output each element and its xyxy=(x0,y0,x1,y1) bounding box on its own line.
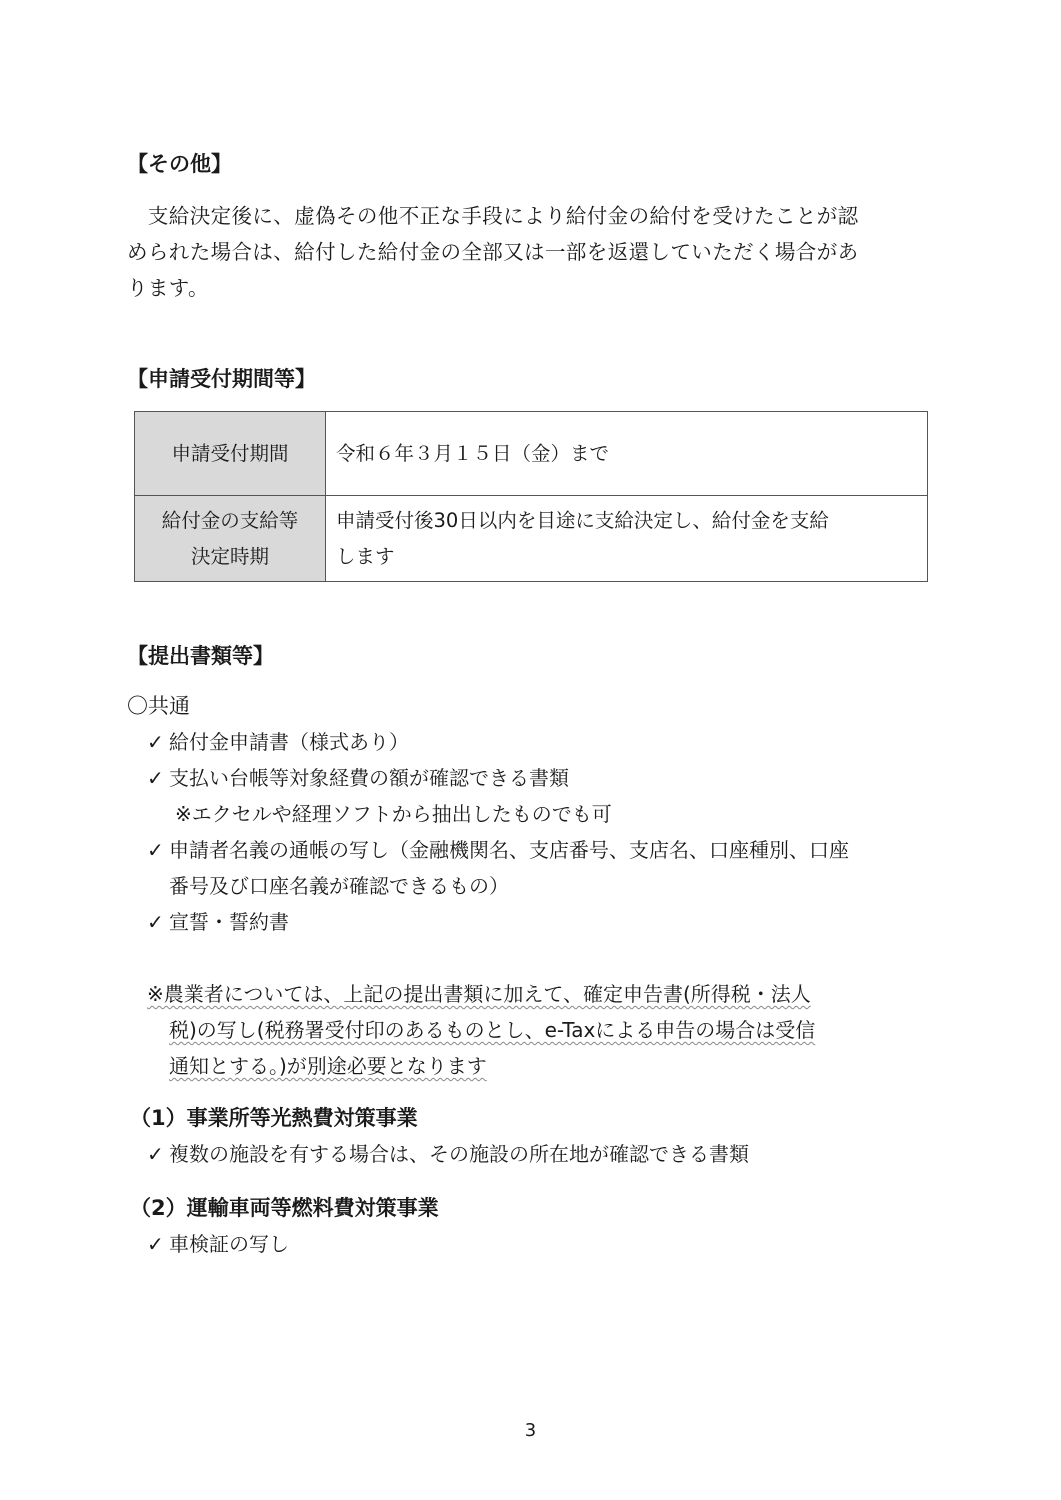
item-text: 給付金申請書（様式あり） xyxy=(169,730,409,754)
check-icon: ✓ xyxy=(147,832,169,868)
value-text: 申請受付後30日以内を目途に支給決定し、給付金を支給 xyxy=(336,503,926,539)
item-text: 宣誓・誓約書 xyxy=(169,910,289,934)
check-icon: ✓ xyxy=(147,1136,169,1172)
section-heading-other: 【その他】 xyxy=(127,148,232,178)
list-item: ✓給付金申請書（様式あり） xyxy=(147,724,409,760)
check-icon: ✓ xyxy=(147,724,169,760)
table-row: 申請受付期間 令和６年３月１５日（金）まで xyxy=(135,412,928,496)
item-text: 複数の施設を有する場合は、その施設の所在地が確認できる書類 xyxy=(169,1142,749,1166)
farmer-note-line: 税)の写し(税務署受付印のあるものとし、e-Taxによる申告の場合は受信 xyxy=(169,1012,815,1048)
sub-note: ※エクセルや経理ソフトから抽出したものでも可 xyxy=(175,796,612,832)
paragraph-line: ります。 xyxy=(127,270,937,306)
list-item: ✓宣誓・誓約書 xyxy=(147,904,289,940)
page-number: 3 xyxy=(0,1420,1061,1441)
list-item: ✓車検証の写し xyxy=(147,1226,289,1262)
common-title: 〇共通 xyxy=(127,688,190,724)
table-label-cell: 申請受付期間 xyxy=(135,412,326,496)
subsection-title-1: （1）事業所等光熱費対策事業 xyxy=(130,1102,418,1132)
item-text: 申請者名義の通帳の写し（金融機関名、支店番号、支店名、口座種別、口座 xyxy=(169,838,849,862)
farmer-note-line: 通知とする。)が別途必要となります xyxy=(169,1048,487,1084)
item-text-continued: 番号及び口座名義が確認できるもの） xyxy=(169,868,509,904)
check-icon: ✓ xyxy=(147,1226,169,1262)
check-icon: ✓ xyxy=(147,904,169,940)
paragraph-line: 支給決定後に、虚偽その他不正な手段により給付金の給付を受けたことが認 xyxy=(127,198,937,234)
paragraph-line: められた場合は、給付した給付金の全部又は一部を返還していただく場合があ xyxy=(127,234,937,270)
other-paragraph: 支給決定後に、虚偽その他不正な手段により給付金の給付を受けたことが認 められた場… xyxy=(127,198,937,306)
check-icon: ✓ xyxy=(147,760,169,796)
label-text: 申請受付期間 xyxy=(136,436,324,472)
application-period-table: 申請受付期間 令和６年３月１５日（金）まで 給付金の支給等 決定時期 申請受付後… xyxy=(134,411,928,582)
table-label-cell: 給付金の支給等 決定時期 xyxy=(135,496,326,582)
farmer-note-line: ※農業者については、上記の提出書類に加えて、確定申告書(所得税・法人 xyxy=(147,976,811,1012)
subsection-title-2: （2）運輸車両等燃料費対策事業 xyxy=(130,1192,439,1222)
note-text: 通知とする。)が別途必要となります xyxy=(169,1054,487,1078)
table-value-cell: 令和６年３月１５日（金）まで xyxy=(326,412,928,496)
table-row: 給付金の支給等 決定時期 申請受付後30日以内を目途に支給決定し、給付金を支給 … xyxy=(135,496,928,582)
section-heading-documents: 【提出書類等】 xyxy=(127,640,274,670)
label-text: 給付金の支給等 xyxy=(136,503,324,539)
item-text: 車検証の写し xyxy=(169,1232,289,1256)
item-text: 支払い台帳等対象経費の額が確認できる書類 xyxy=(169,766,569,790)
list-item: ✓支払い台帳等対象経費の額が確認できる書類 xyxy=(147,760,569,796)
list-item: ✓複数の施設を有する場合は、その施設の所在地が確認できる書類 xyxy=(147,1136,749,1172)
note-text: 税)の写し(税務署受付印のあるものとし、e-Taxによる申告の場合は受信 xyxy=(169,1018,815,1042)
table-value-cell: 申請受付後30日以内を目途に支給決定し、給付金を支給 します xyxy=(326,496,928,582)
note-text: ※農業者については、上記の提出書類に加えて、確定申告書(所得税・法人 xyxy=(147,982,811,1006)
value-text: 令和６年３月１５日（金）まで xyxy=(336,436,926,472)
section-heading-application-period: 【申請受付期間等】 xyxy=(127,363,316,393)
label-text: 決定時期 xyxy=(136,539,324,575)
value-text: します xyxy=(336,539,926,575)
list-item: ✓申請者名義の通帳の写し（金融機関名、支店番号、支店名、口座種別、口座 xyxy=(147,832,849,868)
